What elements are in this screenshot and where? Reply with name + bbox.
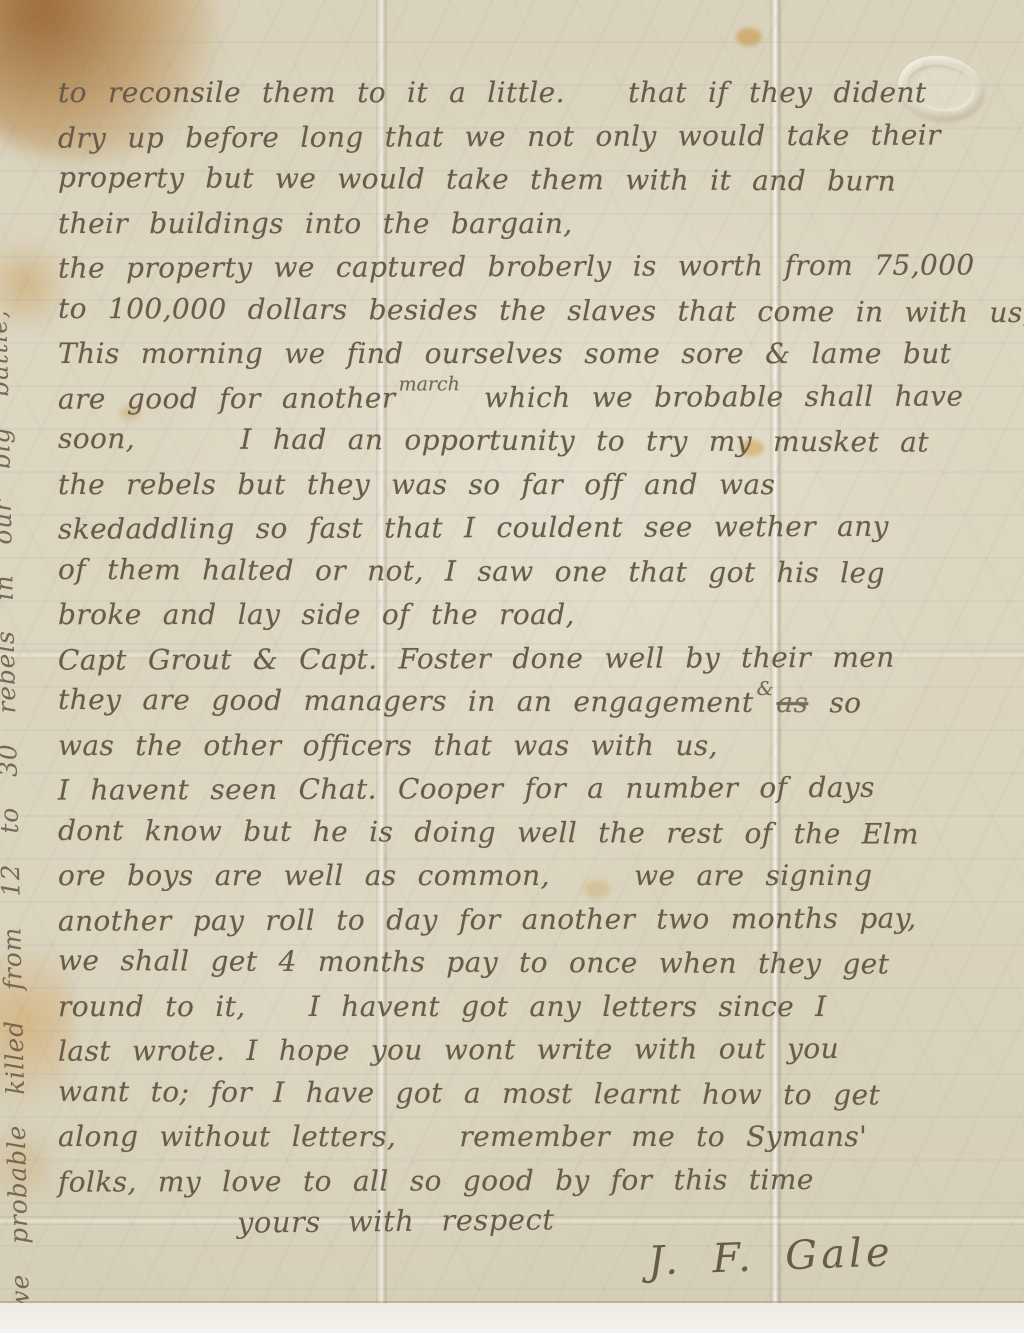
letter-line: soon, I had an opportunity to try my mus… bbox=[58, 422, 1014, 470]
letter-line: last wrote. I hope you wont write with o… bbox=[58, 1031, 1014, 1078]
letter-line: want to; for I have got a most learnt ho… bbox=[58, 1074, 1014, 1122]
scanned-letter-page: to reconsile them to it a little. that i… bbox=[0, 0, 1024, 1333]
signature: J. F. Gale bbox=[647, 1229, 894, 1284]
letter-body: to reconsile them to it a little. that i… bbox=[58, 76, 1014, 1207]
letter-line: along without letters, remember me to Sy… bbox=[58, 1120, 1014, 1164]
letter-line: the rebels but they was so far off and w… bbox=[58, 468, 1014, 512]
closing-line: yours with respect bbox=[237, 1202, 555, 1239]
letter-line: property but we would take them with it … bbox=[58, 161, 1014, 209]
letter-line: to 100,000 dollars besides the slaves th… bbox=[58, 291, 1014, 339]
letter-line: they are good managers in an engagement&… bbox=[58, 683, 1014, 731]
inserted-word-above-line: march bbox=[399, 373, 460, 395]
letter-line: dry up before long that we not only woul… bbox=[58, 118, 1014, 165]
struck-out-word: as bbox=[776, 686, 808, 719]
letter-line: broke and lay side of the road, bbox=[58, 598, 1014, 642]
letter-line: round to it, I havent got any letters si… bbox=[58, 990, 1014, 1034]
letter-line: skedaddling so fast that I couldent see … bbox=[58, 509, 1014, 556]
letter-line: This morning we find ourselves some sore… bbox=[58, 337, 1014, 381]
letter-line: the property we captured broberly is wor… bbox=[58, 248, 1014, 295]
letter-line: of them halted or not, I saw one that go… bbox=[58, 552, 1014, 600]
letter-line: was the other officers that was with us, bbox=[58, 729, 1014, 773]
letter-line: to reconsile them to it a little. that i… bbox=[58, 76, 1014, 120]
letter-line: I havent seen Chat. Cooper for a number … bbox=[58, 770, 1014, 817]
letter-line: are good for anothermarch which we broba… bbox=[58, 379, 1014, 426]
inserted-word-above-line: & bbox=[757, 678, 774, 700]
letter-line: dont know but he is doing well the rest … bbox=[58, 813, 1014, 861]
letter-line: we shall get 4 months pay to once when t… bbox=[58, 944, 1014, 992]
letter-line: ore boys are well as common, we are sign… bbox=[58, 859, 1014, 903]
letter-line: their buildings into the bargain, bbox=[58, 207, 1014, 251]
letter-line: another pay roll to day for another two … bbox=[58, 901, 1014, 948]
letter-line: Capt Grout & Capt. Foster done well by t… bbox=[58, 640, 1014, 687]
scanner-background bbox=[0, 1303, 1024, 1333]
